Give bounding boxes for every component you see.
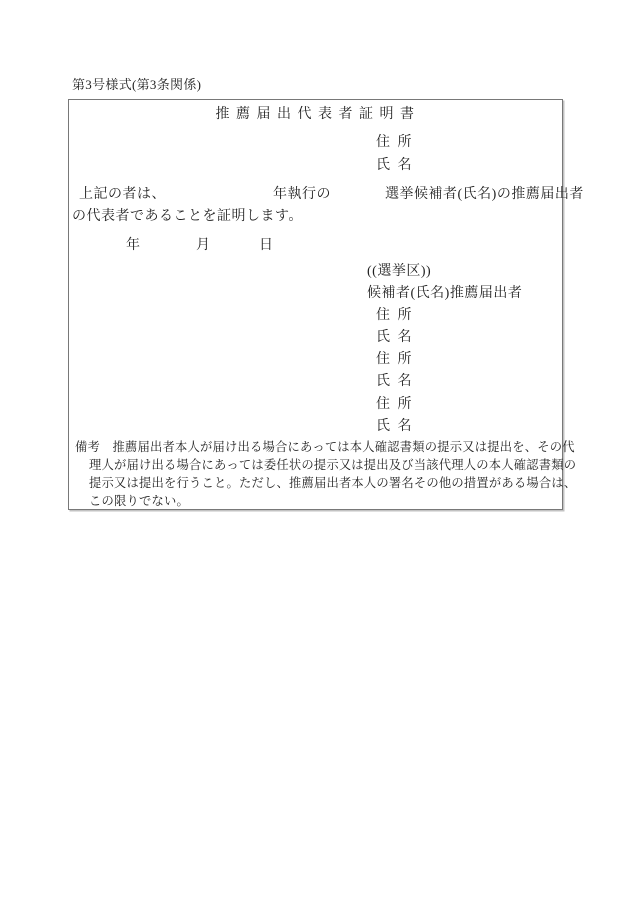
issuer-entry-1-name-label: 氏 名: [376, 330, 414, 346]
remarks-line-4: この限りでない。: [89, 494, 189, 508]
form-number-label: 第3号様式(第3条関係): [72, 78, 201, 93]
statement-segment-1: 上記の者は、: [79, 187, 166, 203]
representative-address-label: 住 所: [376, 135, 414, 151]
date-day-label: 日: [259, 238, 274, 254]
statement-segment-2: 年執行の: [273, 187, 331, 203]
date-year-label: 年: [126, 238, 141, 254]
statement-segment-3: 選挙候補者(氏名)の推薦届出者: [385, 187, 584, 203]
issuer-candidate-label: 候補者(氏名)推薦届出者: [367, 286, 522, 302]
issuer-entry-2-name-label: 氏 名: [376, 374, 414, 390]
issuer-district-label: ((選挙区)): [367, 264, 431, 280]
form-border-box: 推 薦 届 出 代 表 者 証 明 書 住 所 氏 名 上記の者は、 年執行の …: [68, 99, 563, 510]
issuer-entry-3-address-label: 住 所: [376, 397, 414, 413]
issuer-entry-1-address-label: 住 所: [376, 308, 414, 324]
remarks-line-3: 提示又は提出を行うこと。ただし、推薦届出者本人の署名その他の措置がある場合は、: [89, 476, 576, 490]
statement-line-2: の代表者であることを証明します。: [72, 209, 303, 225]
remarks-line-1: 備考 推薦届出者本人が届け出る場合にあっては本人確認書類の提示又は提出を、その代: [75, 440, 575, 454]
form-title: 推 薦 届 出 代 表 者 証 明 書: [69, 107, 562, 123]
issuer-entry-2-address-label: 住 所: [376, 352, 414, 368]
issuer-entry-3-name-label: 氏 名: [376, 419, 414, 435]
representative-name-label: 氏 名: [376, 158, 414, 174]
date-month-label: 月: [196, 238, 211, 254]
document-page: 第3号様式(第3条関係) 推 薦 届 出 代 表 者 証 明 書 住 所 氏 名…: [0, 0, 630, 903]
remarks-line-2: 理人が届け出る場合にあっては委任状の提示又は提出及び当該代理人の本人確認書類の: [89, 458, 576, 472]
